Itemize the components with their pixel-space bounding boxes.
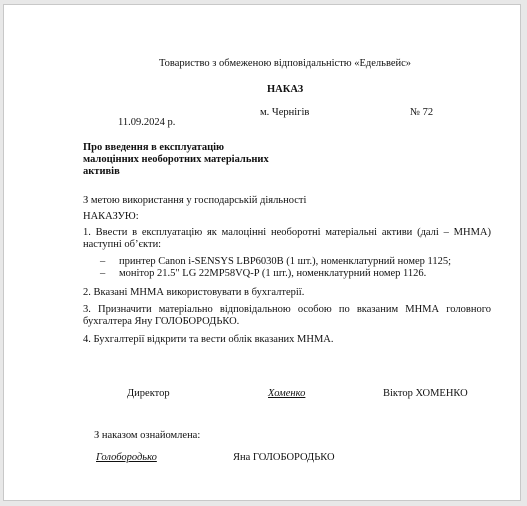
item-4: 4. Бухгалтерії відкрити та вести облік в… xyxy=(83,333,334,346)
signature-position: Директор xyxy=(127,387,170,400)
order-number: № 72 xyxy=(410,106,433,119)
item-1-line-2: наступні об’єкти: xyxy=(83,238,161,251)
subject-line-3: активів xyxy=(83,165,120,178)
document-type-title: НАКАЗ xyxy=(267,83,303,96)
city: м. Чернігів xyxy=(260,106,309,119)
bullet-dash: – xyxy=(100,267,105,280)
order-date: 11.09.2024 р. xyxy=(118,116,175,129)
document-page: Товариство з обмеженою відповідальністю … xyxy=(3,4,521,501)
order-word: НАКАЗУЮ: xyxy=(83,210,139,223)
acknowledgement-label: З наказом ознайомлена: xyxy=(94,429,200,442)
item-2: 2. Вказані МНМА використовувати в бухгал… xyxy=(83,286,304,299)
preamble: З метою використання у господарській дія… xyxy=(83,194,306,207)
acknowledgement-handwritten: Голобородько xyxy=(96,451,157,464)
organization-name: Товариство з обмеженою відповідальністю … xyxy=(159,57,411,70)
acknowledgement-name: Яна ГОЛОБОРОДЬКО xyxy=(233,451,335,464)
item-3-line-2: бухгалтера Яну ГОЛОБОРОДЬКО. xyxy=(83,315,239,328)
bullet-item-monitor: монітор 21.5" LG 22MP58VQ-P (1 шт.), ном… xyxy=(119,267,426,280)
signature-name: Віктор ХОМЕНКО xyxy=(383,387,468,400)
signature-handwritten: Хоменко xyxy=(268,387,305,400)
